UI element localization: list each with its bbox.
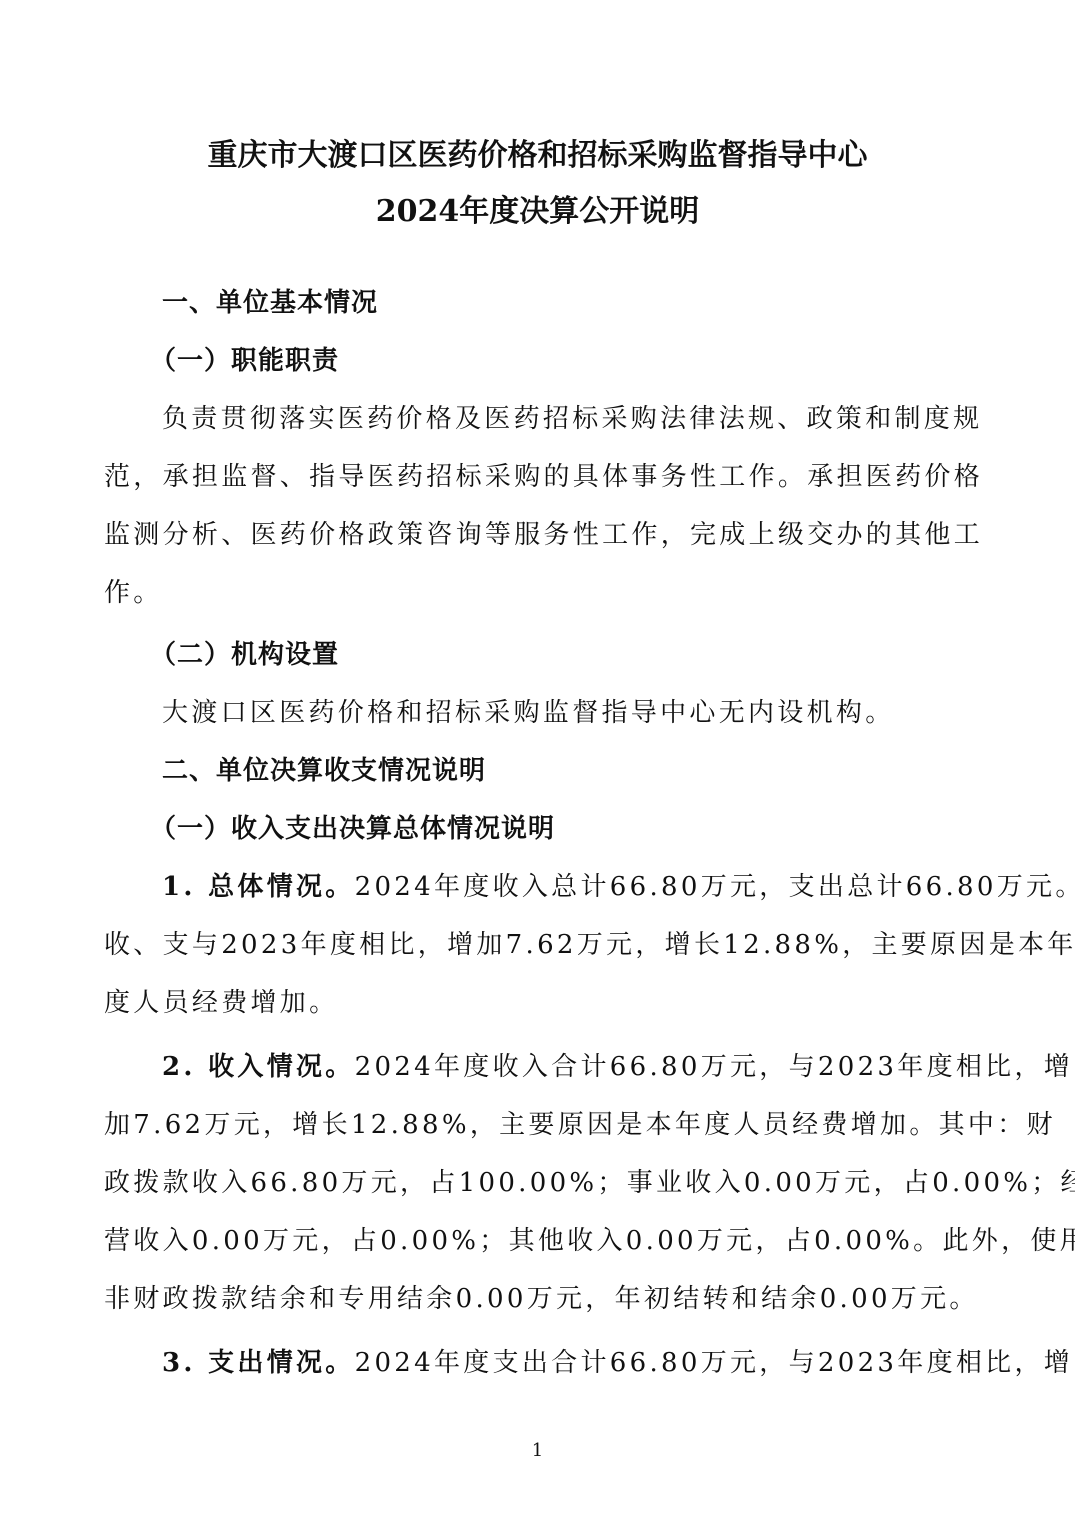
paragraph-line: 加7.62万元，增长12.88%，主要原因是本年度人员经费增加。其中：财 bbox=[104, 1104, 974, 1141]
document-title-line2: 2024年度决算公开说明 bbox=[0, 186, 1075, 230]
section-heading-2: 二、单位决算收支情况说明 bbox=[162, 750, 1032, 787]
paragraph-line: 作。 bbox=[104, 572, 974, 609]
paragraph-overall-first-line: 1. 总体情况。2024年度收入总计66.80万元，支出总计66.80万元。 bbox=[162, 866, 1032, 903]
subsection-heading-duties: （一）职能职责 bbox=[150, 340, 1020, 377]
paragraph-lead: 1. 总体情况。 bbox=[162, 872, 355, 902]
paragraph-lead: 2. 收入情况。 bbox=[162, 1052, 355, 1082]
paragraph-line: 营收入0.00万元，占0.00%；其他收入0.00万元，占0.00%。此外，使用 bbox=[104, 1220, 974, 1257]
paragraph-line: 收、支与2023年度相比，增加7.62万元，增长12.88%，主要原因是本年 bbox=[104, 924, 974, 961]
document-title-line1: 重庆市大渡口区医药价格和招标采购监督指导中心 bbox=[0, 130, 1075, 174]
subsection-heading-structure: （二）机构设置 bbox=[150, 634, 1020, 671]
document-page: 重庆市大渡口区医药价格和招标采购监督指导中心 2024年度决算公开说明 一、单位… bbox=[0, 0, 1075, 1520]
paragraph-line: 度人员经费增加。 bbox=[104, 982, 974, 1019]
paragraph-line: 负责贯彻落实医药价格及医药招标采购法律法规、政策和制度规 bbox=[162, 398, 1032, 435]
paragraph-line: 大渡口区医药价格和招标采购监督指导中心无内设机构。 bbox=[162, 692, 1032, 729]
section-heading-1: 一、单位基本情况 bbox=[162, 282, 1032, 319]
paragraph-line: 监测分析、医药价格政策咨询等服务性工作，完成上级交办的其他工 bbox=[104, 514, 974, 551]
subsection-heading-overall: （一）收入支出决算总体情况说明 bbox=[150, 808, 1020, 845]
paragraph-line: 范，承担监督、指导医药招标采购的具体事务性工作。承担医药价格 bbox=[104, 456, 974, 493]
paragraph-income-first-line: 2. 收入情况。2024年度收入合计66.80万元，与2023年度相比，增 bbox=[162, 1046, 1032, 1083]
paragraph-expense-first-line: 3. 支出情况。2024年度支出合计66.80万元，与2023年度相比，增 bbox=[162, 1342, 1032, 1379]
page-number: 1 bbox=[0, 1440, 1075, 1461]
paragraph-line: 非财政拨款结余和专用结余0.00万元，年初结转和结余0.00万元。 bbox=[104, 1278, 974, 1315]
paragraph-lead: 3. 支出情况。 bbox=[162, 1348, 355, 1378]
paragraph-line: 政拨款收入66.80万元，占100.00%；事业收入0.00万元，占0.00%；… bbox=[104, 1162, 974, 1199]
